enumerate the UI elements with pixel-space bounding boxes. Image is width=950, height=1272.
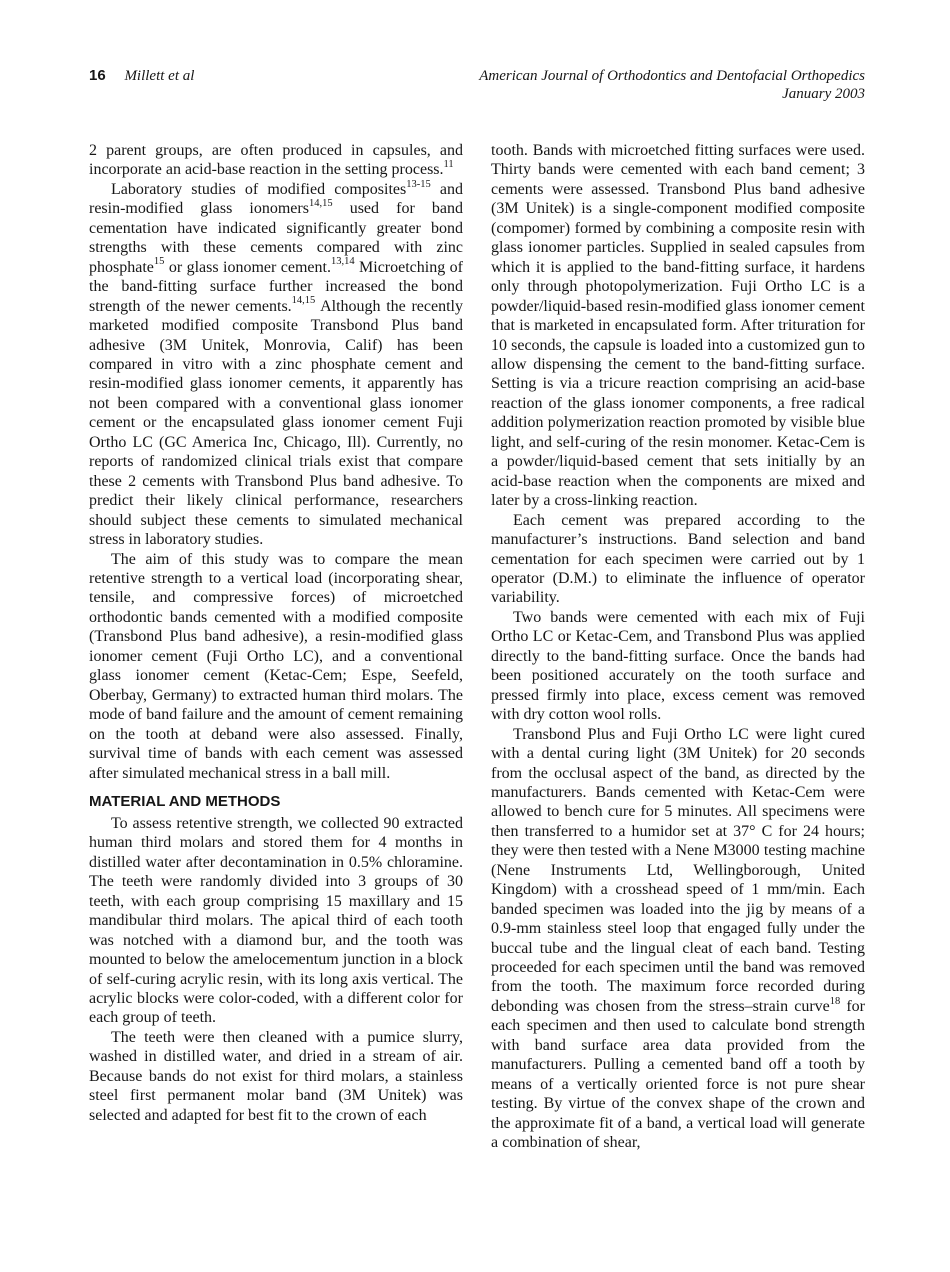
paragraph: The teeth were then cleaned with a pumic…: [89, 1028, 463, 1125]
article-body: 2 parent groups, are often produced in c…: [89, 141, 865, 1153]
running-authors: Millett et al: [124, 68, 194, 84]
left-column: 2 parent groups, are often produced in c…: [89, 141, 463, 1153]
paragraph: 2 parent groups, are often produced in c…: [89, 141, 463, 180]
page-number: 16: [89, 67, 106, 84]
paragraph: tooth. Bands with microetched fitting su…: [491, 141, 865, 511]
running-head-left: 16 Millett et al: [89, 67, 194, 85]
reference-superscript: 14,15: [292, 295, 316, 306]
running-head-right: American Journal of Orthodontics and Den…: [479, 67, 865, 103]
reference-superscript: 11: [444, 159, 454, 170]
section-heading: MATERIAL AND METHODS: [89, 792, 463, 811]
paragraph: Laboratory studies of modified composite…: [89, 180, 463, 550]
paragraph: Transbond Plus and Fuji Ortho LC were li…: [491, 725, 865, 1153]
issue-date: January 2003: [479, 85, 865, 103]
reference-superscript: 15: [154, 256, 165, 267]
paragraph: The aim of this study was to compare the…: [89, 550, 463, 783]
journal-title: American Journal of Orthodontics and Den…: [479, 67, 865, 85]
paragraph: To assess retentive strength, we collect…: [89, 814, 463, 1028]
page-header: 16 Millett et al American Journal of Ort…: [89, 67, 865, 103]
paragraph: Two bands were cemented with each mix of…: [491, 608, 865, 725]
reference-superscript: 13,14: [331, 256, 355, 267]
paragraph: Each cement was prepared according to th…: [491, 511, 865, 608]
reference-superscript: 14,15: [309, 198, 333, 209]
reference-superscript: 13-15: [406, 179, 431, 190]
right-column: tooth. Bands with microetched fitting su…: [491, 141, 865, 1153]
reference-superscript: 18: [830, 996, 841, 1007]
journal-page: 16 Millett et al American Journal of Ort…: [0, 0, 950, 1272]
